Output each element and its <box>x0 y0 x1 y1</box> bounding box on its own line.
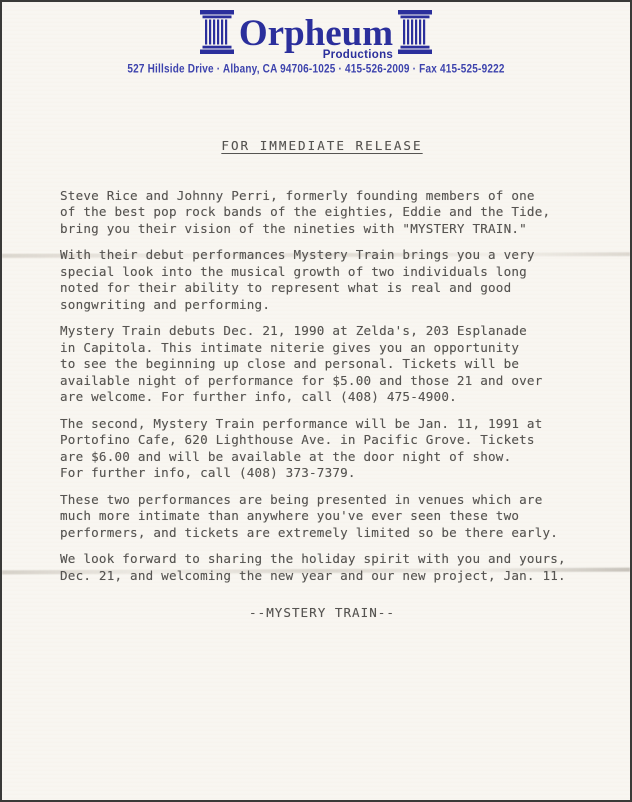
press-release-body: FOR IMMEDIATE RELEASE Steve Rice and Joh… <box>60 138 584 622</box>
classical-column-icon <box>199 10 235 54</box>
paragraph: With their debut performances Mystery Tr… <box>60 247 584 313</box>
release-heading: FOR IMMEDIATE RELEASE <box>60 138 584 155</box>
closing-line: --MYSTERY TRAIN-- <box>60 605 584 622</box>
paragraph: Mystery Train debuts Dec. 21, 1990 at Ze… <box>60 323 584 406</box>
brand-name: Orpheum <box>239 13 393 54</box>
scanned-press-release: Orpheum Productions 527 Hillside D <box>0 0 632 802</box>
paragraph: We look forward to sharing the holiday s… <box>60 551 584 584</box>
letterhead: Orpheum Productions 527 Hillside D <box>2 8 630 75</box>
orpheum-logo: Orpheum Productions <box>2 8 630 54</box>
classical-column-icon <box>397 10 433 54</box>
paragraph: The second, Mystery Train performance wi… <box>60 416 584 482</box>
letterhead-address: 527 Hillside Drive · Albany, CA 94706-10… <box>2 63 630 76</box>
brand-stack: Orpheum Productions <box>239 14 393 54</box>
paragraph: These two performances are being present… <box>60 492 584 542</box>
paragraph: Steve Rice and Johnny Perri, formerly fo… <box>60 188 584 238</box>
brand-subtitle: Productions <box>323 49 393 61</box>
